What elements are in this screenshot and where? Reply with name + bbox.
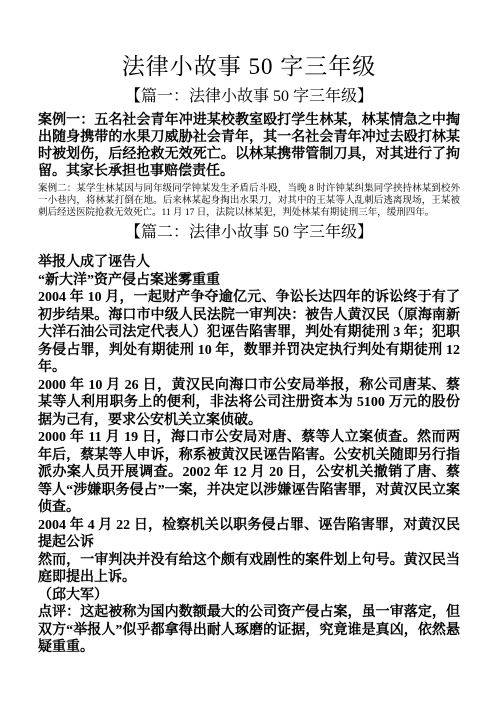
- body-paragraph: 点评：这起被称为国内数额最大的公司资产侵占案，虽一审落定，但双方“举报人”似乎都…: [38, 604, 460, 657]
- section1-case1-paragraph: 案例一：五名社会青年冲进某校教室殴打学生林某，林某情急之中掏出随身携带的水果刀威…: [38, 112, 460, 180]
- section1-case2-paragraph: 案例二：某学生林某因与同年级同学钟某发生矛盾后斗殴，当晚 8 时许钟某纠集同学挟…: [38, 183, 460, 219]
- body-paragraph: 2004 年 10 月，一起财产争夺逾亿元、争讼长达四年的诉讼终于有了初步结果。…: [38, 289, 460, 377]
- body-paragraph: 举报人成了诬告人: [38, 254, 460, 272]
- body-paragraph: 2004 年 4 月 22 日，检察机关以职务侵占罪、诬告陷害罪，对黄汉民提起公…: [38, 517, 460, 552]
- body-paragraph: 2000 年 10 月 26 日，黄汉民向海口市公安局举报，称公司唐某、蔡某等人…: [38, 377, 460, 430]
- section1-heading: 【篇一：法律小故事 50 字三年级】: [38, 86, 460, 108]
- body-paragraph: 然而，一审判决并没有给这个颇有戏剧性的案件划上句号。黄汉民当庭即提出上诉。: [38, 552, 460, 587]
- page-title: 法律小故事 50 字三年级: [38, 52, 460, 82]
- body-paragraph: （邱大军）: [38, 587, 460, 605]
- section2-body: 举报人成了诬告人 “新大洋”资产侵占案迷雾重重 2004 年 10 月，一起财产…: [38, 254, 460, 657]
- body-paragraph: 2000 年 11 月 19 日，海口市公安局对唐、蔡等人立案侦查。然而两年后，…: [38, 429, 460, 517]
- document-page: 法律小故事 50 字三年级 【篇一：法律小故事 50 字三年级】 案例一：五名社…: [0, 0, 496, 702]
- section2-heading: 【篇二：法律小故事 50 字三年级】: [38, 222, 460, 244]
- body-paragraph: “新大洋”资产侵占案迷雾重重: [38, 272, 460, 290]
